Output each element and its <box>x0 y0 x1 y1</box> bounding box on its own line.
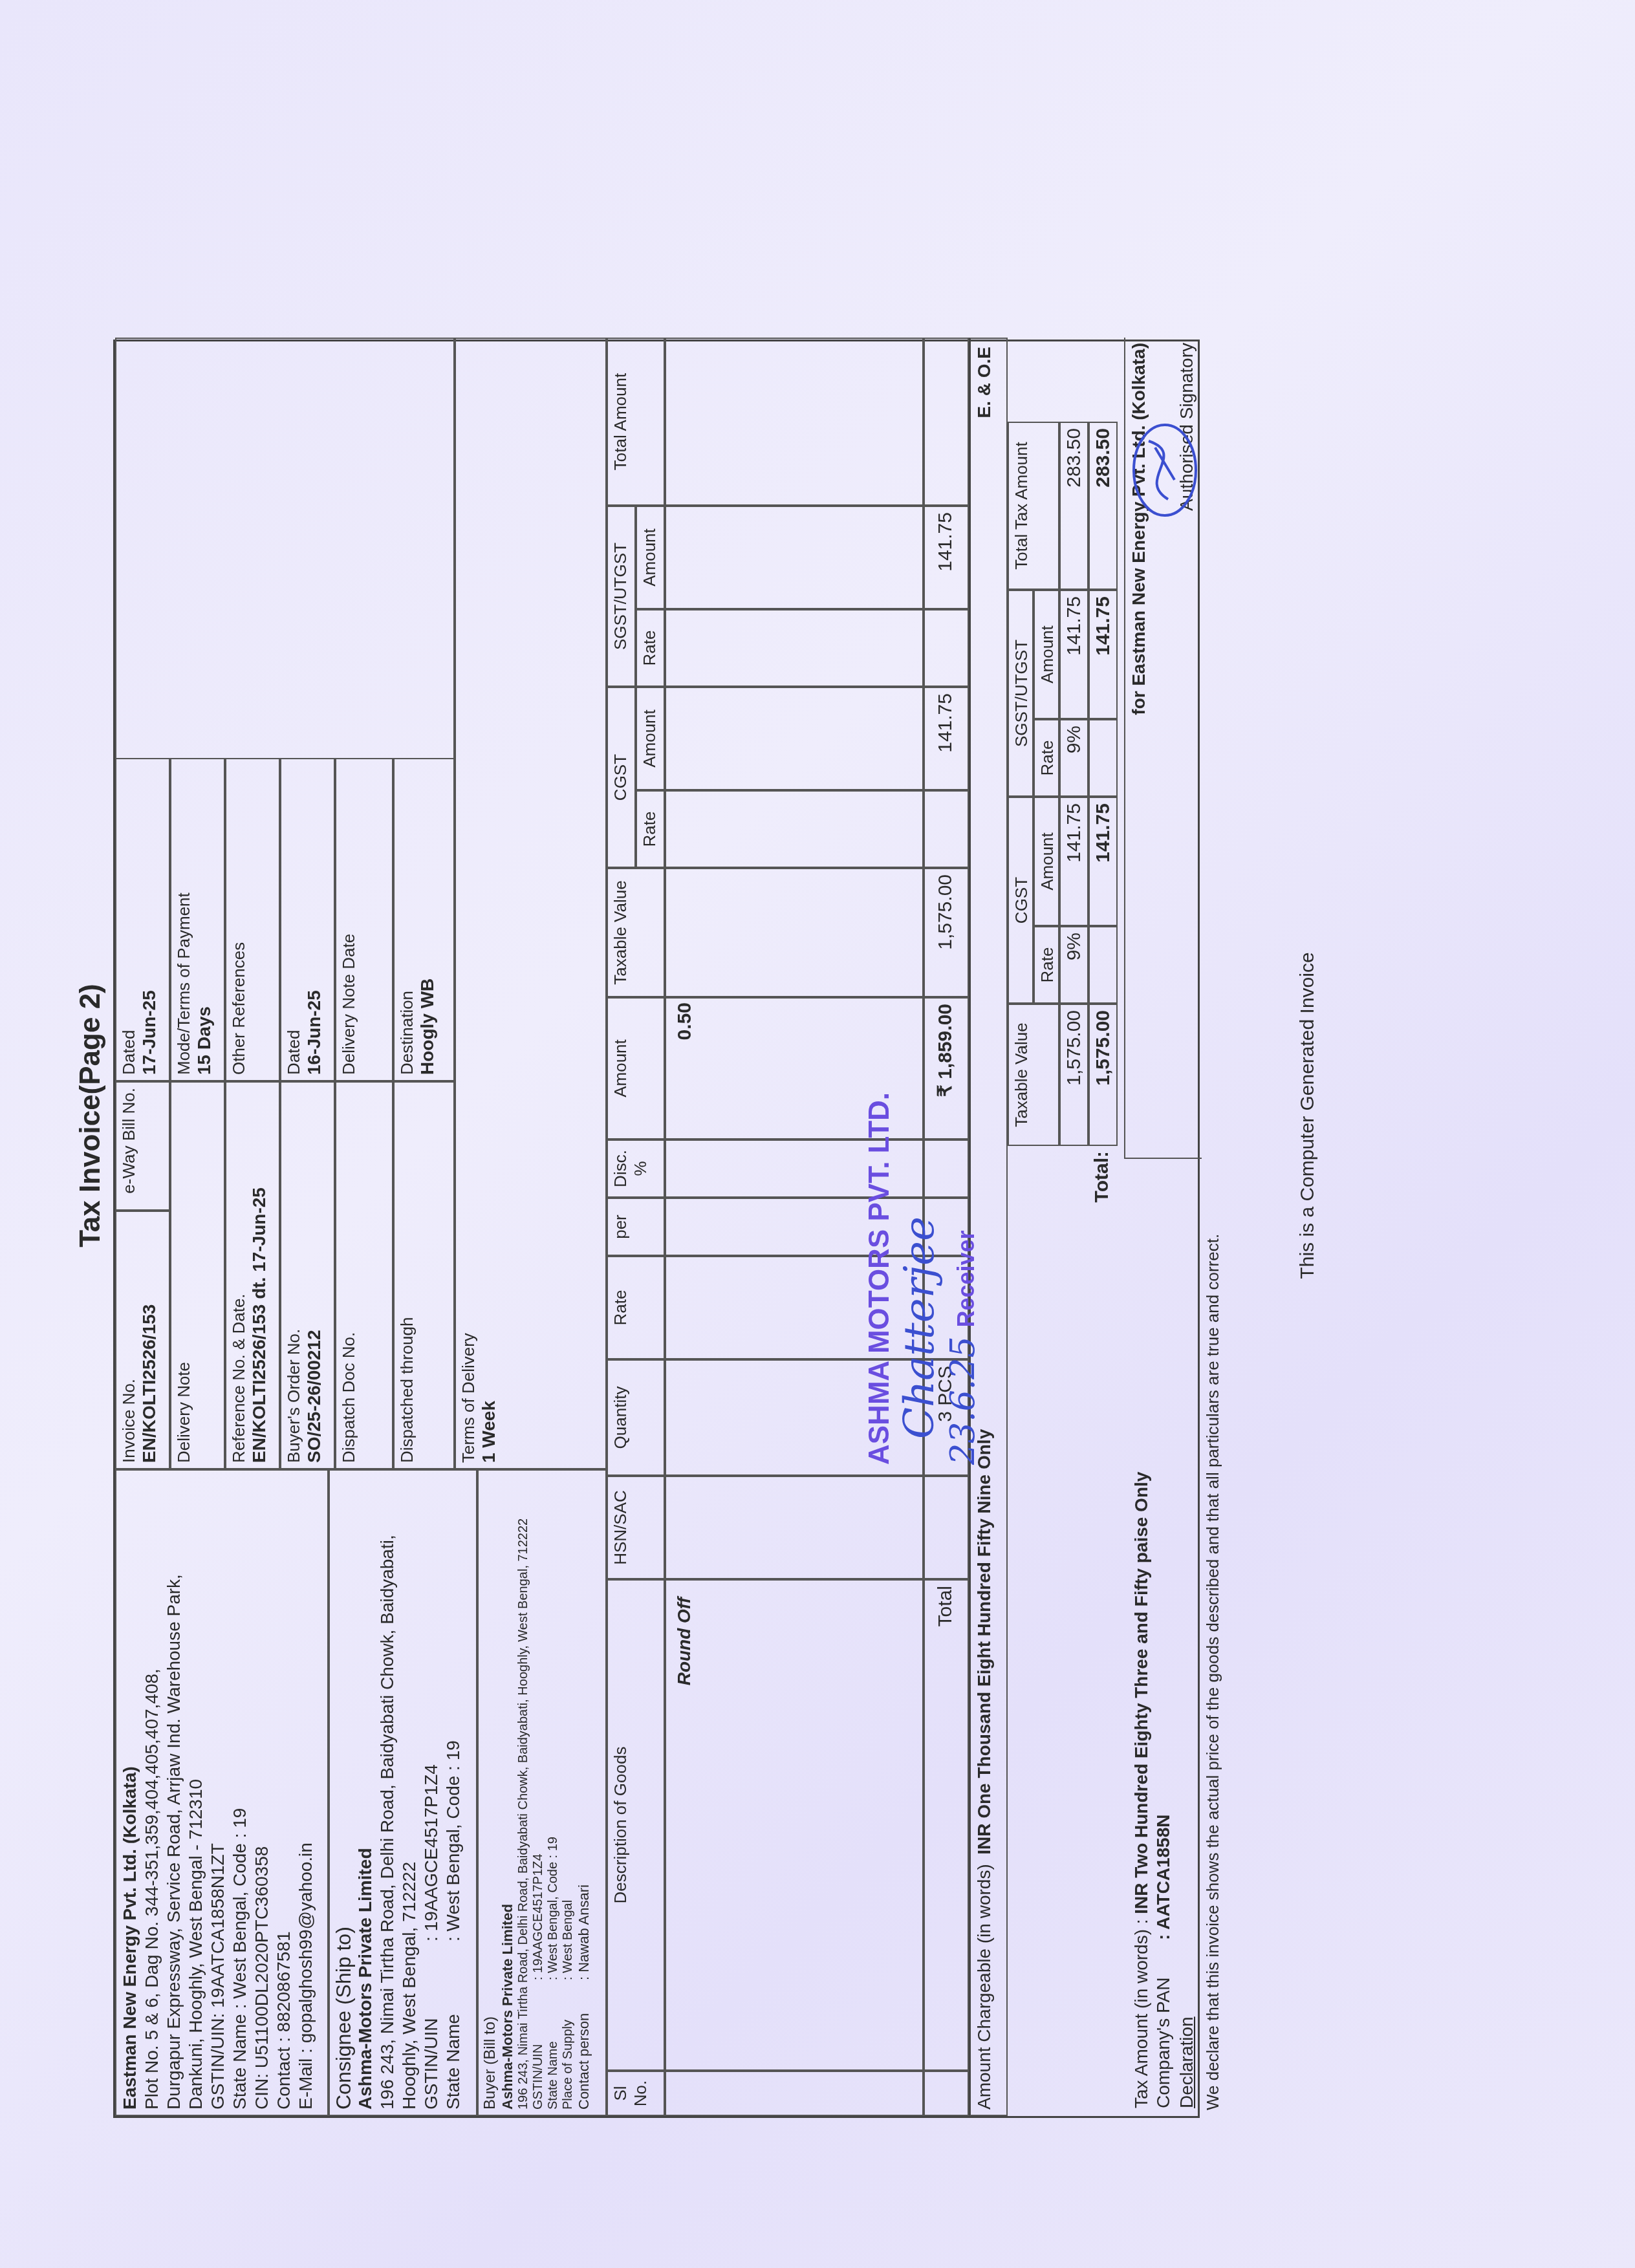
summary-total-cell: 283.50 <box>1088 422 1118 590</box>
terms-delivery-label: Terms of Delivery <box>459 344 479 1463</box>
column-subheader: Amount <box>636 687 665 790</box>
declaration-text: Declaration <box>1176 1164 1198 2108</box>
summary-total-cell: 1,575.00 <box>1088 1004 1118 1146</box>
column-header: HSN/SAC <box>607 1476 665 1579</box>
buyer-state: : West Bengal, Code : 19 <box>546 1837 560 1980</box>
amount-words: INR One Thousand Eight Hundred Fifty Nin… <box>974 1429 994 1855</box>
consignee-name: Ashma-Motors Private Limited <box>354 1476 376 2110</box>
consignee-address: 196 243, Nimai Tirtha Road, Delhi Road, … <box>376 1476 420 2110</box>
summary-cell: 141.75 <box>1059 797 1088 926</box>
summary-subheader: Rate <box>1034 926 1059 1004</box>
table-column <box>665 1579 924 2071</box>
declaration: We declare that this invoice shows the a… <box>1203 1179 1222 2110</box>
payment-label: Mode/Terms of Payment <box>174 764 194 1075</box>
consignee-block: Consignee (Ship to) Ashma-Motors Private… <box>329 1469 477 2116</box>
column-header: Amount <box>607 997 665 1139</box>
dated-label: Dated <box>119 764 139 1075</box>
tax-words-block: Tax Amount (in words) : INR Two Hundred … <box>1131 1164 1175 2108</box>
delivery-note-cell: Delivery Note <box>170 1081 225 1469</box>
total-cell <box>924 2071 969 2116</box>
seller-email: E-Mail : gopalghosh99@yahoo.in <box>295 1476 317 2110</box>
seller-cin: CIN: U51100DL2020PTC360358 <box>251 1476 273 2110</box>
delivery-note-date-label: Delivery Note Date <box>339 764 359 1075</box>
handwritten-date: 23.6.25 <box>944 1337 982 1465</box>
summary-cell: 141.75 <box>1059 590 1088 719</box>
receiver-stamp: ASHMA MOTORS PVT. LTD. Chatterjee 23.6.2… <box>863 1077 982 1465</box>
buyer-heading: Buyer (Bill to) <box>481 1476 499 2110</box>
table-column <box>665 609 924 687</box>
reference-cell: Reference No. & Date. EN/KOLTI2526/153 d… <box>225 1081 280 1469</box>
column-header: Rate <box>607 1256 665 1359</box>
table-column <box>665 790 924 868</box>
seller-name: Eastman New Energy Pvt. Ltd. (Kolkata) <box>119 1476 141 2110</box>
terms-delivery-cell: Terms of Delivery 1 Week <box>455 338 607 1469</box>
invoice-frame: Eastman New Energy Pvt. Ltd. (Kolkata) P… <box>113 340 1200 2118</box>
summary-cell: 9% <box>1059 719 1088 797</box>
buyer-gstin: : 19AAGCE4517P1Z4 <box>531 1853 545 1980</box>
computer-generated-note: This is a Computer Generated Invoice <box>1297 87 1319 2144</box>
total-label: Total <box>924 1579 969 2071</box>
tax-summary-table: Taxable ValueCGSTRateAmountSGST/UTGSTRat… <box>1008 338 1124 1146</box>
column-subheader: Rate <box>636 790 665 868</box>
summary-subheader: Rate <box>1034 719 1059 797</box>
total-cell <box>924 609 969 687</box>
meta-blank <box>115 338 455 758</box>
declaration-label: Declaration <box>1176 2016 1196 2108</box>
summary-header: Taxable Value <box>1008 1004 1059 1146</box>
consignee-gstin-label: GSTIN/UIN <box>420 1941 442 2110</box>
column-header: Total Amount <box>607 338 665 506</box>
delivery-note-date-cell: Delivery Note Date <box>335 758 393 1081</box>
invoice-date: 17-Jun-25 <box>139 764 160 1075</box>
total-cell <box>924 1476 969 1579</box>
summary-header: Total Tax Amount <box>1008 422 1059 590</box>
column-header: per <box>607 1198 665 1256</box>
buyer-block: Buyer (Bill to) Ashma-Motors Private Lim… <box>477 1469 607 2116</box>
summary-subheader: Amount <box>1034 590 1059 719</box>
signature-block: for Eastman New Energy Pvt. Ltd. (Kolkat… <box>1124 338 1202 1159</box>
buyer-contact: : Nawab Ansari <box>576 1885 592 1980</box>
summary-total-cell <box>1088 926 1118 1004</box>
consignee-heading: Consignee (Ship to) <box>332 1476 354 2110</box>
invoice-no: EN/KOLTI2526/153 <box>139 1217 160 1463</box>
column-header: Sl No. <box>607 2071 665 2116</box>
buyers-order: SO/25-26/00212 <box>304 1088 325 1463</box>
column-header: Quantity <box>607 1359 665 1476</box>
other-ref-label: Other References <box>229 764 249 1075</box>
order-date: 16-Jun-25 <box>304 764 325 1075</box>
buyer-supply: : West Bengal <box>561 1900 575 1980</box>
consignee-state: : West Bengal, Code : 19 <box>443 1740 463 1941</box>
summary-total-cell <box>1088 719 1118 797</box>
summary-total-cell: 141.75 <box>1088 590 1118 719</box>
seller-address-line: Durgapur Expressway, Service Road, Arrja… <box>163 1476 185 2110</box>
invoice-title: Tax Invoice(Page 2) <box>68 87 113 2144</box>
destination: Hoogly WB <box>417 764 438 1075</box>
total-taxable: 1,575.00 <box>924 868 969 997</box>
eoe-label: E. & O.E <box>973 347 995 418</box>
invoice-no-cell: Invoice No. EN/KOLTI2526/153 <box>115 1211 170 1469</box>
column-subheader: Rate <box>636 609 665 687</box>
seller-block: Eastman New Energy Pvt. Ltd. (Kolkata) P… <box>115 1469 329 2116</box>
dispatched-through-cell: Dispatched through <box>393 1081 455 1469</box>
buyers-order-cell: Buyer's Order No. SO/25-26/00212 <box>280 1081 335 1469</box>
eway-label: e-Way Bill No. <box>119 1088 139 1204</box>
table-column <box>665 2071 924 2116</box>
destination-cell: Destination Hoogly WB <box>393 758 455 1081</box>
delivery-note-label: Delivery Note <box>174 1088 194 1463</box>
summary-header: CGST <box>1008 797 1034 1004</box>
consignee-gstin: : 19AAGCE4517P1Z4 <box>421 1764 441 1941</box>
total-cgst: 141.75 <box>924 687 969 790</box>
seller-address-line: Dankuni, Hooghly, West Bengal - 712310 <box>185 1476 207 2110</box>
dated-cell: Dated 17-Jun-25 <box>115 758 170 1081</box>
dispatched-through-label: Dispatched through <box>397 1088 417 1463</box>
invoice-sheet: Tax Invoice(Page 2) Eastman New Energy P… <box>68 87 1394 2144</box>
seller-gstin: GSTIN/UIN: 19AATCA1858N1ZT <box>207 1476 229 2110</box>
table-row-description: Round Off <box>671 1592 697 2045</box>
buyer-state-label: State Name <box>546 1980 561 2110</box>
total-sgst: 141.75 <box>924 506 969 609</box>
column-header: Description of Goods <box>607 1579 665 2071</box>
buyer-gstin-label: GSTIN/UIN <box>531 1980 546 2110</box>
buyer-contact-label: Contact person <box>576 1980 592 2110</box>
buyer-name: Ashma-Motors Private Limited <box>499 1476 516 2110</box>
handwritten-signature: Chatterjee <box>896 1077 944 1439</box>
column-header: CGST <box>607 687 636 868</box>
table-column <box>665 1476 924 1579</box>
terms-delivery: 1 Week <box>479 344 499 1463</box>
tax-words-label: Tax Amount (in words) : <box>1131 1919 1151 2108</box>
payment-cell: Mode/Terms of Payment 15 Days <box>170 758 225 1081</box>
dispatch-doc-label: Dispatch Doc No. <box>339 1088 359 1463</box>
signature-scribble-icon <box>1129 415 1200 525</box>
stamp-company: ASHMA MOTORS PVT. LTD. <box>863 1077 896 1465</box>
table-row-amount: 0.50 <box>671 997 697 1139</box>
order-dated-cell: Dated 16-Jun-25 <box>280 758 335 1081</box>
pan-label: Company's PAN <box>1153 1940 1175 2108</box>
scanned-page: Tax Invoice(Page 2) Eastman New Energy P… <box>0 0 1635 2268</box>
summary-cell: 1,575.00 <box>1059 1004 1088 1146</box>
pan-value: : AATCA1858N <box>1153 1815 1173 1940</box>
buyer-address: 196 243, Nimai Tirtha Road, Delhi Road, … <box>516 1476 531 2110</box>
order-dated-label: Dated <box>284 764 304 1075</box>
buyer-supply-label: Place of Supply <box>561 1980 576 2110</box>
seller-state: State Name : West Bengal, Code : 19 <box>229 1476 251 2110</box>
table-column <box>665 338 924 506</box>
table-column <box>665 868 924 997</box>
summary-total-label: Total: <box>1088 1146 1118 1275</box>
other-ref-cell: Other References <box>225 758 280 1081</box>
column-subheader: Amount <box>636 506 665 609</box>
reference-value: EN/KOLTI2526/153 dt. 17-Jun-25 <box>249 1088 270 1463</box>
amount-words-label: Amount Chargeable (in words) <box>974 1864 994 2110</box>
column-header: Taxable Value <box>607 868 665 997</box>
payment-terms: 15 Days <box>194 764 215 1075</box>
summary-cell: 9% <box>1059 926 1088 1004</box>
tax-words: INR Two Hundred Eighty Three and Fifty p… <box>1131 1472 1151 1914</box>
buyers-order-label: Buyer's Order No. <box>284 1088 304 1463</box>
seller-address-line: Plot No. 5 & 6, Dag No. 344-351,359,404,… <box>141 1476 163 2110</box>
stamp-receiver: Receiver <box>953 1230 980 1327</box>
summary-cell: 283.50 <box>1059 422 1088 590</box>
column-header: SGST/UTGST <box>607 506 636 687</box>
dispatch-doc-cell: Dispatch Doc No. <box>335 1081 393 1469</box>
seller-contact: Contact : 8820867581 <box>273 1476 295 2110</box>
summary-total-cell: 141.75 <box>1088 797 1118 926</box>
table-column <box>665 687 924 790</box>
destination-label: Destination <box>397 764 417 1075</box>
consignee-state-label: State Name <box>442 1941 464 2110</box>
summary-header: SGST/UTGST <box>1008 590 1034 797</box>
invoice-no-label: Invoice No. <box>119 1217 139 1463</box>
reference-label: Reference No. & Date. <box>229 1088 249 1463</box>
total-cell <box>924 338 969 506</box>
eway-cell: e-Way Bill No. <box>115 1081 170 1211</box>
column-header: Disc. % <box>607 1139 665 1198</box>
summary-subheader: Amount <box>1034 797 1059 926</box>
total-cell <box>924 790 969 868</box>
table-column <box>665 506 924 609</box>
